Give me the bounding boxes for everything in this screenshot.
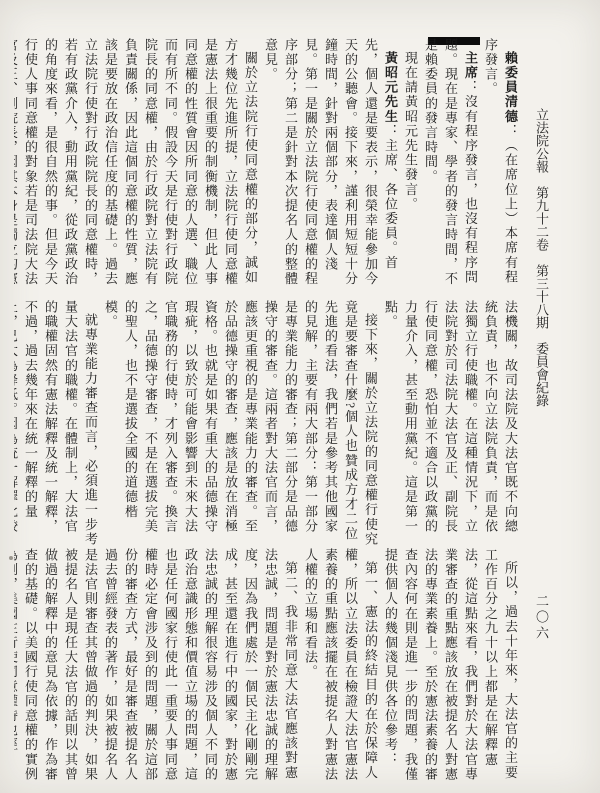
scan-speck xyxy=(9,556,13,560)
paragraph: 賴委員清德：（在席位上）本席有程序發言。 xyxy=(480,38,520,292)
paragraph: 所以，過去十年來，大法官的主要工作百分之九十以上都是在解釋憲法，從這點來看，我們… xyxy=(380,548,520,790)
gazette-page: 立法院公報 第九十二卷 第三十八期 委員會紀錄 二〇六 賴委員清德：（在席位上）… xyxy=(0,0,600,793)
paragraph: 第二、我非常同意大法官應該對憲法忠誠，問題是對於憲法忠誠的理解度，因為我們處於一… xyxy=(14,548,300,790)
paragraph: 現在請黃昭元先生發言。 xyxy=(400,38,420,292)
paragraph: 黃昭元先生：主席、各位委員。首先，個人還是要表示，很榮幸能參加今天的公聽會。接下… xyxy=(260,38,400,292)
paragraph: 第一、憲法的終結目的在於保障人權，所以立法委員在檢證大法官憲法素養的重點應該擺在… xyxy=(300,548,380,790)
text-band-top: 賴委員清德：（在席位上）本席有程序發言。主席：沒有程序發言，也沒有程序問題。現在… xyxy=(14,38,520,292)
text-band-middle: 法機關，故司法院及大法官既不向總統負責，也不向立法院負責，而是依法獨立行使職權。… xyxy=(14,300,520,548)
journal-header: 立法院公報 第九十二卷 第三十八期 委員會紀錄 xyxy=(530,108,552,408)
paragraph: 關於立法院行使同意權的部分，誠如方才幾位先進所提，立法院行使同意權是憲法上很重要… xyxy=(14,38,260,292)
text-band-bottom: 所以，過去十年來，大法官的主要工作百分之九十以上都是在解釋憲法，從這點來看，我們… xyxy=(14,548,520,790)
speaker-name: 賴委員清德 xyxy=(503,51,518,124)
page-number: 二〇六 xyxy=(530,594,552,664)
paragraph: 就專業能力審查而言，必須進一步考量大法官的職權。在體制上，大法官的職權固然有憲法… xyxy=(14,300,100,548)
speaker-name: 黃昭元先生 xyxy=(383,51,398,124)
paragraph: 接下來，關於立法院的同意權行使究竟是要審查什麼?個人也贊成方才二位先進的看法，我… xyxy=(100,300,380,548)
paragraph: 主席：沒有程序發言，也沒有程序問題。現在是專家、學者的發言時間，不是賴委員的發言… xyxy=(420,38,480,292)
paragraph: 法機關，故司法院及大法官既不向總統負責，也不向立法院負責，而是依法獨立行使職權。… xyxy=(380,300,520,548)
speaker-name: 主席 xyxy=(463,51,478,80)
